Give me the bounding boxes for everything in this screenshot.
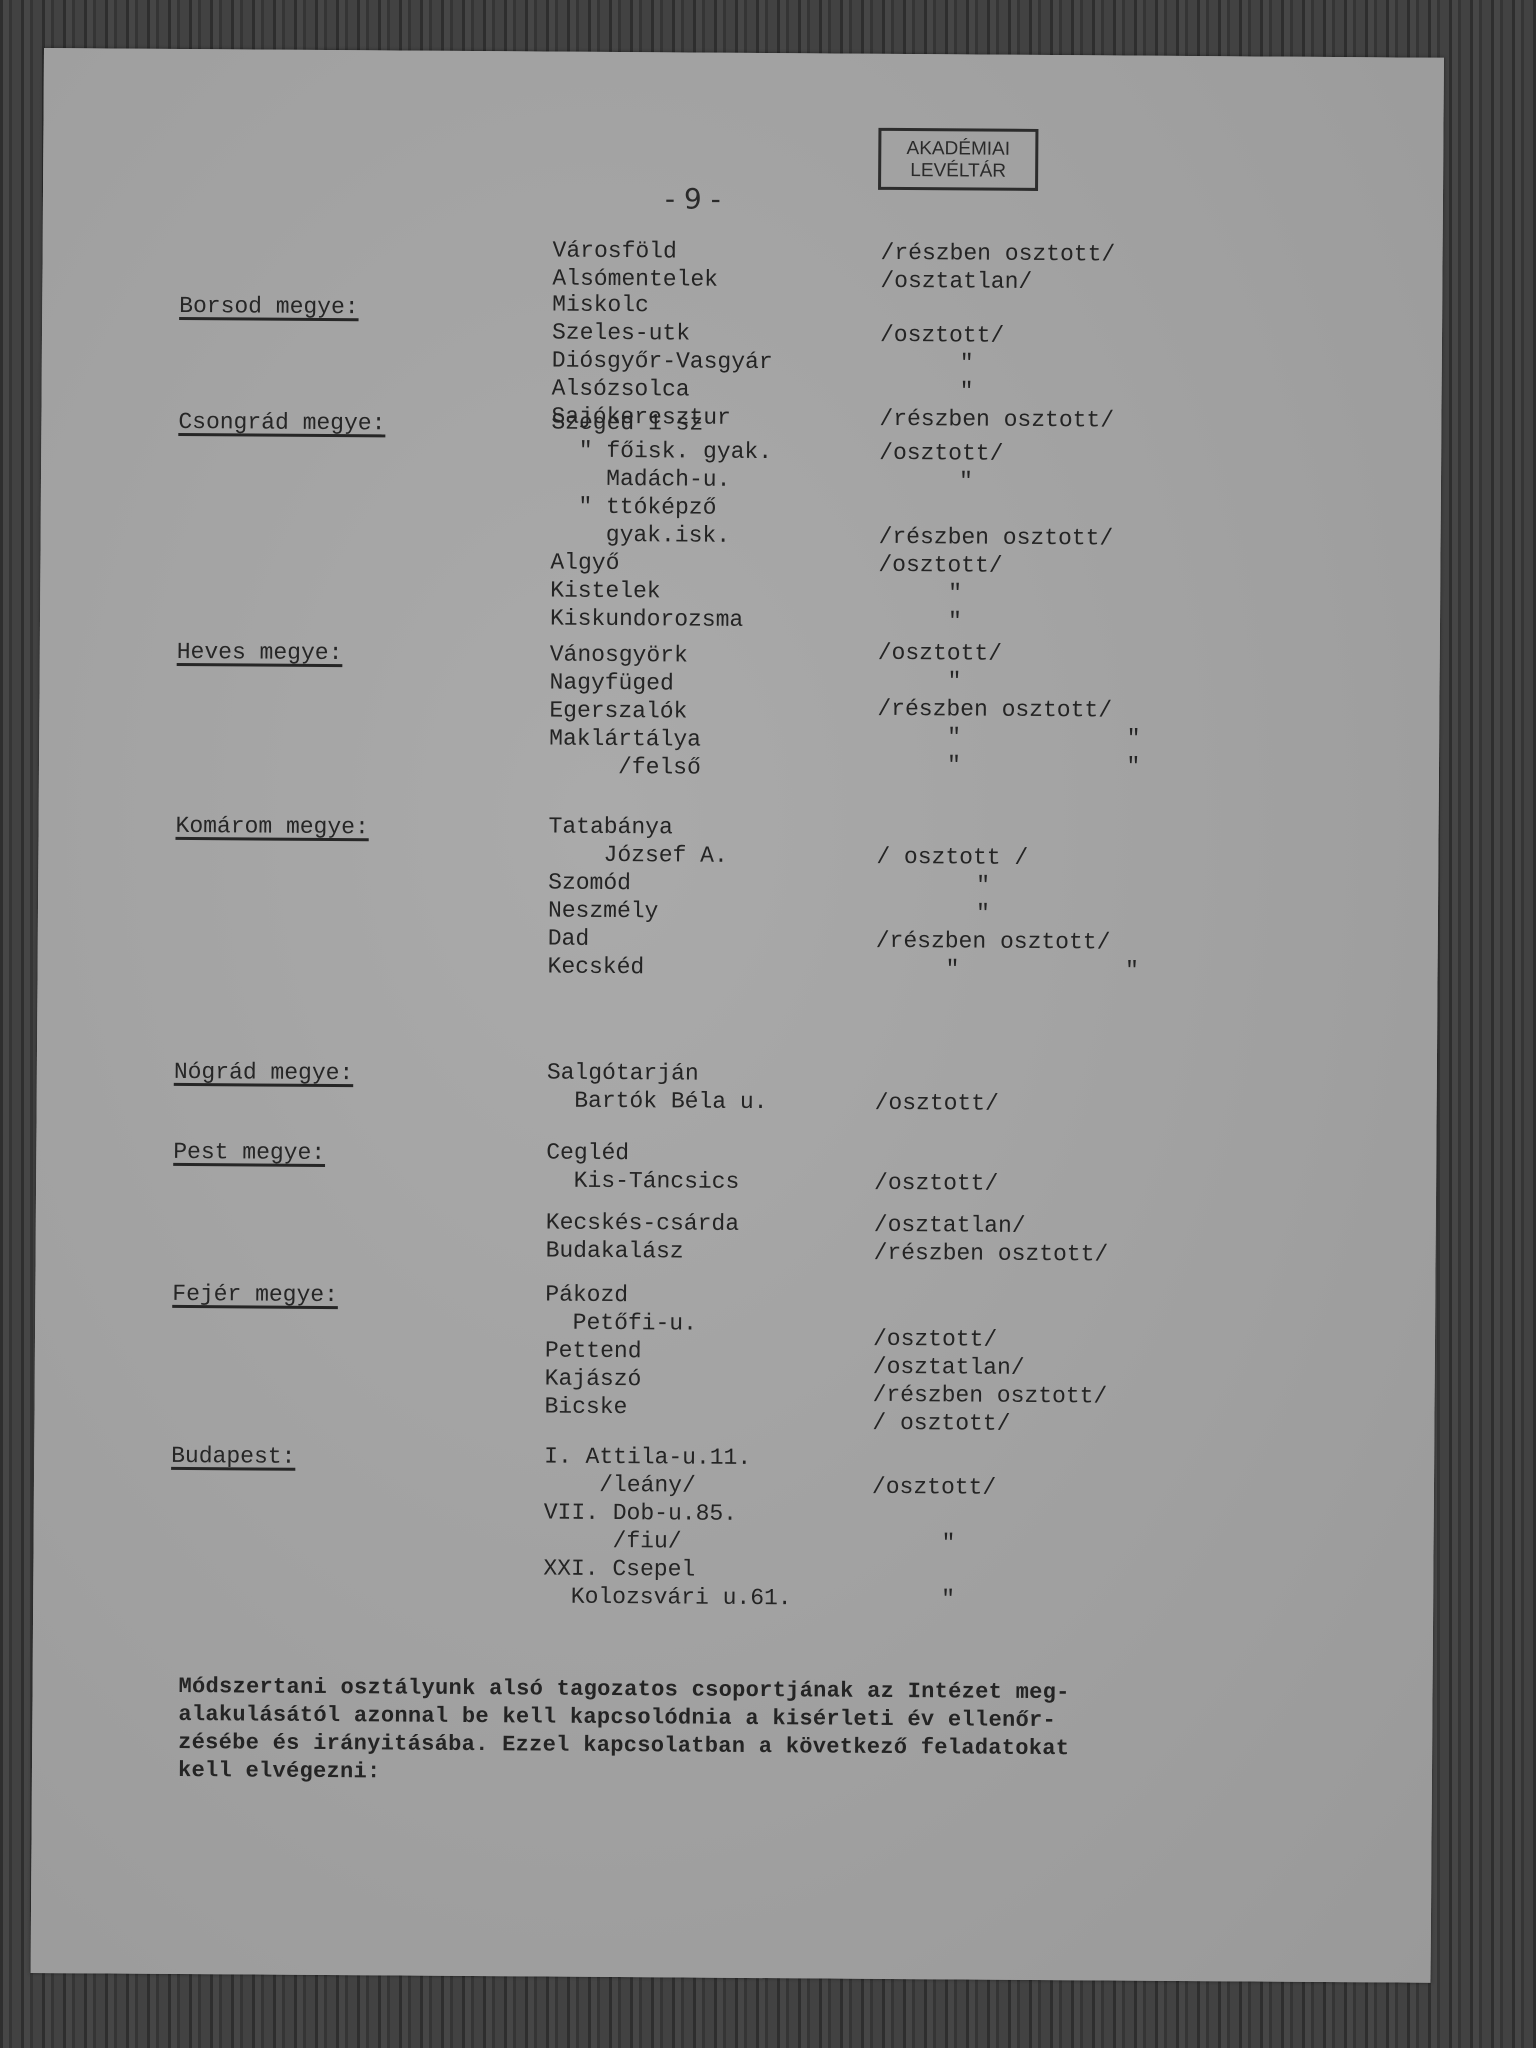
- region-heading: Csongrád megye:: [178, 409, 385, 436]
- school-status: [875, 1062, 1305, 1093]
- document-page: AKADÉMIAI LEVÉLTÁR - 9 - Városföld Alsóm…: [31, 48, 1444, 1983]
- continuation-statuses: /részben osztott/ /osztatlan/: [880, 240, 1310, 299]
- status-list: / osztott / " " /részben osztott/ " ": [875, 816, 1306, 987]
- region-heading: Fejér megye:: [172, 1281, 338, 1308]
- status-list: /osztott/ " /részben osztott/ /osztott/ …: [878, 412, 1310, 639]
- school-status: /osztott/: [878, 640, 1308, 671]
- school-status: [880, 294, 1310, 325]
- status-list: /osztott/: [875, 1062, 1305, 1121]
- school-status: ": [876, 900, 1306, 931]
- school-status: ": [880, 350, 1310, 381]
- school-status: [872, 1502, 1302, 1533]
- school-status: " ": [877, 752, 1307, 783]
- school-status: " ": [875, 956, 1305, 987]
- school-status: /részben osztott/: [877, 696, 1307, 727]
- school-status: ": [878, 580, 1308, 611]
- school-status: ": [880, 378, 1310, 409]
- school-status: [876, 816, 1306, 847]
- status-list: /osztott/ /osztatlan/ /részben osztott/: [874, 1142, 1305, 1271]
- region-heading: Pest megye:: [173, 1139, 325, 1166]
- region-heading: Heves megye:: [177, 639, 343, 666]
- archive-stamp: AKADÉMIAI LEVÉLTÁR: [878, 128, 1038, 191]
- school-status: [879, 412, 1309, 443]
- school-status: ": [877, 668, 1307, 699]
- status-list: /osztott/ /osztatlan/ /részben osztott/ …: [872, 1298, 1303, 1441]
- body-paragraph: Módszertani osztályunk alsó tagozatos cs…: [178, 1673, 1379, 1793]
- school-status: /osztatlan/: [874, 1212, 1304, 1243]
- school-status: /részben osztott/: [874, 1240, 1304, 1271]
- stamp-line-1: AKADÉMIAI: [881, 138, 1035, 161]
- school-status: /osztott/: [875, 1090, 1305, 1121]
- school-status: /osztott/: [880, 322, 1310, 353]
- school-status: /részben osztott/: [879, 524, 1309, 555]
- school-status: ": [876, 872, 1306, 903]
- region-heading: Komárom megye:: [175, 813, 368, 840]
- region-heading: Borsod megye:: [179, 293, 359, 320]
- region-heading: Nógrád megye:: [174, 1059, 354, 1086]
- school-status: ": [879, 468, 1309, 499]
- school-status: /részben osztott/: [873, 1382, 1303, 1413]
- school-status: / osztott/: [872, 1410, 1302, 1441]
- school-status: [873, 1298, 1303, 1329]
- school-status: /osztott/: [872, 1474, 1302, 1505]
- school-status: /részben osztott/: [880, 240, 1310, 271]
- page-number: - 9 -: [665, 182, 721, 215]
- school-status: " ": [877, 724, 1307, 755]
- school-status: /részben osztott/: [876, 928, 1306, 959]
- stamp-line-2: LEVÉLTÁR: [881, 160, 1035, 183]
- region-heading: Budapest:: [171, 1443, 295, 1470]
- school-status: ": [871, 1586, 1301, 1617]
- school-status: [879, 496, 1309, 527]
- school-status: [871, 1558, 1301, 1589]
- school-status: /osztott/: [873, 1326, 1303, 1357]
- school-status: ": [878, 608, 1308, 639]
- school-status: / osztott /: [876, 844, 1306, 875]
- school-status: [874, 1142, 1304, 1173]
- school-status: ": [871, 1530, 1301, 1561]
- school-status: /osztott/: [879, 440, 1309, 471]
- school-status: [872, 1446, 1302, 1477]
- school-status: /osztott/: [874, 1170, 1304, 1201]
- school-status: /osztatlan/: [873, 1354, 1303, 1385]
- school-status: /osztott/: [878, 552, 1308, 583]
- status-list: /osztott/ " /részben osztott/ " " " ": [877, 640, 1308, 783]
- status-list: /osztott/ " ": [871, 1446, 1302, 1617]
